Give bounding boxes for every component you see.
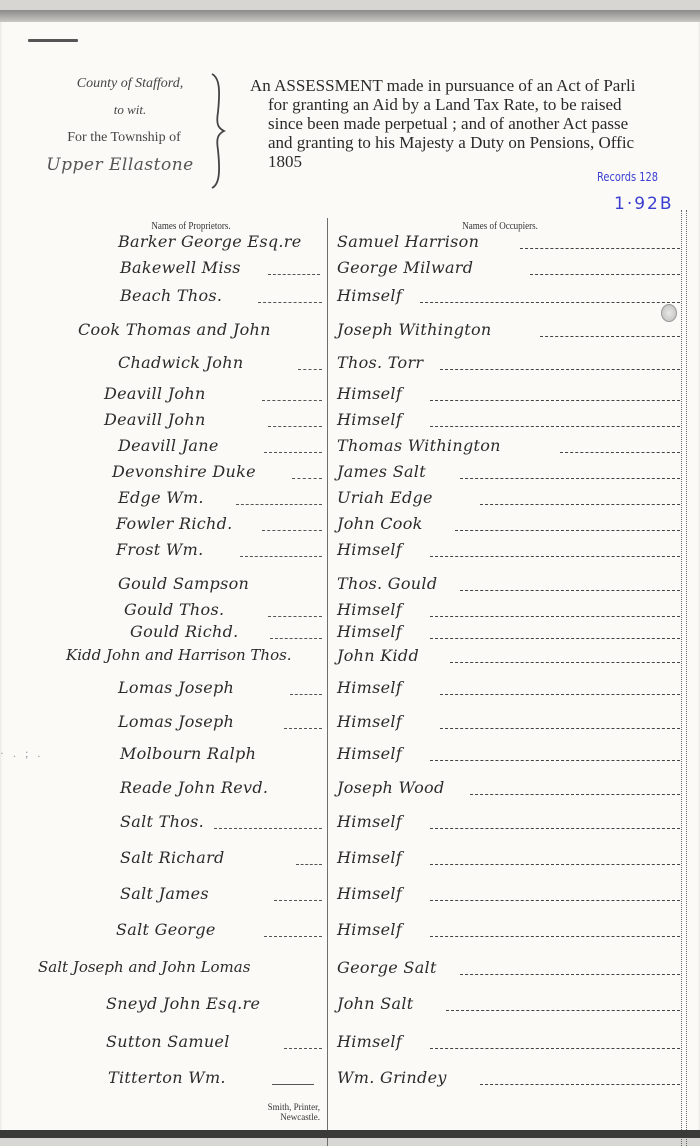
occupier-name: George Salt: [337, 958, 437, 977]
leader-line: [430, 400, 680, 401]
assessment-year: 1805: [250, 152, 700, 171]
occupier-name: Himself: [337, 848, 402, 867]
leader-line: [268, 274, 320, 275]
leader-line: [258, 302, 322, 303]
table-row: Deavill John Himself: [0, 384, 700, 412]
proprietors-column-header: Names of Proprietors.: [151, 221, 230, 232]
leader-line: [290, 694, 322, 695]
leader-line: [214, 828, 322, 829]
occupier-name: George Milward: [337, 258, 473, 277]
leader-line: [440, 694, 680, 695]
document-page: County of Stafford, to wit. For the Town…: [0, 10, 700, 1138]
table-row: Sutton Samuel Himself: [0, 1032, 700, 1060]
leader-line: [270, 638, 322, 639]
table-row: Lomas Joseph Himself: [0, 712, 700, 740]
leader-line: [430, 900, 680, 901]
leader-line: [272, 1084, 314, 1085]
table-row: Devonshire Duke James Salt: [0, 462, 700, 490]
curly-brace-icon: [208, 72, 228, 190]
table-row: Beach Thos. Himself: [0, 286, 700, 314]
occupier-name: John Cook: [337, 514, 423, 533]
table-row: Lomas Joseph Himself: [0, 678, 700, 706]
leader-line: [264, 936, 322, 937]
table-row: Kidd John and Harrison Thos. John Kidd: [0, 646, 700, 674]
table-row: Bakewell Miss George Milward: [0, 258, 700, 286]
proprietor-name: Sutton Samuel: [106, 1032, 230, 1051]
occupier-name: Himself: [337, 812, 402, 831]
occupier-name: Himself: [337, 712, 402, 731]
proprietor-name: Gould Richd.: [130, 622, 239, 641]
leader-line: [446, 1010, 680, 1011]
occupier-name: Himself: [337, 920, 402, 939]
occupier-name: Himself: [337, 384, 402, 403]
leader-line: [430, 864, 680, 865]
table-row: Fowler Richd. John Cook: [0, 514, 700, 542]
proprietor-name: Deavill John: [104, 410, 206, 429]
leader-line: [240, 556, 322, 557]
proprietor-name: Molbourn Ralph: [120, 744, 256, 763]
table-row: Gould Sampson Thos. Gould: [0, 574, 700, 602]
proprietor-name: Barker George Esq.re: [118, 232, 302, 251]
act-line-1: An ASSESSMENT made in pursuance of an Ac…: [250, 76, 700, 95]
leader-line: [262, 530, 322, 531]
proprietor-name: Deavill Jane: [118, 436, 219, 455]
leader-line: [284, 728, 322, 729]
printer-imprint: Smith, Printer, Newcastle.: [250, 1102, 320, 1122]
leader-line: [520, 248, 680, 249]
occupier-name: Himself: [337, 678, 402, 697]
leader-line: [430, 936, 680, 937]
leader-line: [236, 504, 322, 505]
township-name: Upper Ellastone: [30, 154, 210, 176]
occupier-name: Himself: [337, 744, 402, 763]
leader-line: [430, 828, 680, 829]
printer-location: Newcastle.: [250, 1112, 320, 1122]
occupier-name: Himself: [337, 622, 402, 641]
leader-line: [480, 1084, 680, 1085]
proprietor-name: Bakewell Miss: [120, 258, 241, 277]
leader-line: [430, 1048, 680, 1049]
proprietor-name: Salt George: [116, 920, 216, 939]
table-row: Barker George Esq.re Samuel Harrison: [0, 232, 700, 260]
occupier-name: Joseph Wood: [337, 778, 445, 797]
leader-line: [430, 760, 680, 761]
table-row: Frost Wm. Himself: [0, 540, 700, 568]
proprietor-name: Fowler Richd.: [116, 514, 233, 533]
occupier-name: Himself: [337, 410, 402, 429]
proprietor-name: Kidd John and Harrison Thos.: [66, 646, 292, 664]
table-row: Molbourn Ralph Himself: [0, 744, 700, 772]
occupier-name: Wm. Grindey: [337, 1068, 447, 1087]
table-row: Salt Thos. Himself: [0, 812, 700, 840]
township-label: For the Township of: [38, 128, 210, 148]
occupier-name: Samuel Harrison: [337, 232, 479, 251]
occupier-name: Himself: [337, 1032, 402, 1051]
proprietor-name: Salt Richard: [120, 848, 225, 867]
leader-line: [298, 369, 322, 370]
leader-line: [268, 616, 322, 617]
leader-line: [480, 504, 680, 505]
leader-line: [540, 336, 680, 337]
act-line-2: for granting an Aid by a Land Tax Rate, …: [250, 95, 700, 114]
leader-line: [262, 400, 322, 401]
table-row: Edge Wm. Uriah Edge: [0, 488, 700, 516]
to-wit-label: to wit.: [50, 100, 210, 120]
table-row: Titterton Wm. Wm. Grindey: [0, 1068, 700, 1096]
occupier-name: Thos. Gould: [337, 574, 437, 593]
leader-line: [292, 478, 322, 479]
leader-line: [430, 616, 680, 617]
table-row: Chadwick John Thos. Torr: [0, 353, 700, 381]
occupier-name: Himself: [337, 540, 402, 559]
leader-line: [560, 452, 680, 453]
proprietor-name: Lomas Joseph: [118, 678, 234, 697]
proprietor-name: Salt Joseph and John Lomas: [38, 958, 250, 976]
proprietor-name: Beach Thos.: [120, 286, 222, 305]
leader-line: [530, 274, 680, 275]
page-bottom-edge: [0, 1130, 700, 1138]
leader-line: [420, 302, 680, 303]
table-row: Cook Thomas and John Joseph Withington: [0, 320, 700, 348]
leader-line: [264, 452, 322, 453]
table-row: Deavill Jane Thomas Withington: [0, 436, 700, 464]
occupier-name: Joseph Withington: [337, 320, 492, 339]
leader-line: [440, 728, 680, 729]
act-line-3: since been made perpetual ; and of anoth…: [250, 114, 700, 133]
proprietor-name: Frost Wm.: [116, 540, 204, 559]
page-top-edge: [0, 10, 700, 22]
leader-line: [460, 974, 680, 975]
ink-mark: [28, 39, 78, 42]
act-heading: An ASSESSMENT made in pursuance of an Ac…: [250, 76, 700, 171]
occupier-name: John Kidd: [337, 646, 419, 665]
table-row: Deavill John Himself: [0, 410, 700, 438]
printer-name: Smith, Printer,: [250, 1102, 320, 1112]
leader-line: [440, 369, 680, 370]
proprietor-name: Chadwick John: [118, 353, 243, 372]
reference-annotation: 1·92B: [614, 194, 674, 214]
proprietor-name: Gould Thos.: [124, 600, 224, 619]
occupier-name: Himself: [337, 600, 402, 619]
table-row: Salt Joseph and John Lomas George Salt: [0, 958, 700, 986]
table-row: Salt James Himself: [0, 884, 700, 912]
occupiers-column-header: Names of Occupiers.: [462, 221, 538, 232]
proprietor-name: Reade John Revd.: [120, 778, 268, 797]
proprietor-name: Titterton Wm.: [108, 1068, 226, 1087]
county-block: County of Stafford, to wit. For the Town…: [20, 74, 210, 176]
leader-line: [430, 556, 680, 557]
leader-line: [455, 530, 680, 531]
proprietor-name: Deavill John: [104, 384, 206, 403]
leader-line: [460, 590, 680, 591]
act-line-4: and granting to his Majesty a Duty on Pe…: [250, 133, 700, 152]
proprietor-name: Cook Thomas and John: [78, 320, 271, 339]
proprietor-name: Salt Thos.: [120, 812, 204, 831]
records-annotation: Records 128: [597, 170, 658, 184]
proprietor-name: Sneyd John Esq.re: [106, 994, 260, 1013]
leader-line: [430, 426, 680, 427]
occupier-name: James Salt: [337, 462, 426, 481]
leader-line: [268, 426, 322, 427]
occupier-name: Uriah Edge: [337, 488, 433, 507]
occupier-name: Himself: [337, 286, 402, 305]
proprietor-name: Lomas Joseph: [118, 712, 234, 731]
occupier-name: John Salt: [337, 994, 414, 1013]
proprietor-name: Salt James: [120, 884, 209, 903]
leader-line: [450, 662, 680, 663]
occupier-name: Thos. Torr: [337, 353, 423, 372]
county-label: County of Stafford,: [50, 74, 210, 94]
table-row: Salt Richard Himself: [0, 848, 700, 876]
leader-line: [274, 900, 322, 901]
occupier-name: Thomas Withington: [337, 436, 501, 455]
table-row: Salt George Himself: [0, 920, 700, 948]
occupier-name: Himself: [337, 884, 402, 903]
leader-line: [284, 1048, 322, 1049]
leader-line: [470, 794, 680, 795]
proprietor-name: Devonshire Duke: [112, 462, 256, 481]
proprietor-name: Edge Wm.: [118, 488, 204, 507]
table-row: Sneyd John Esq.re John Salt: [0, 994, 700, 1022]
leader-line: [296, 864, 322, 865]
proprietor-name: Gould Sampson: [118, 574, 249, 593]
leader-line: [460, 478, 680, 479]
table-row: Reade John Revd. Joseph Wood: [0, 778, 700, 806]
leader-line: [430, 638, 680, 639]
